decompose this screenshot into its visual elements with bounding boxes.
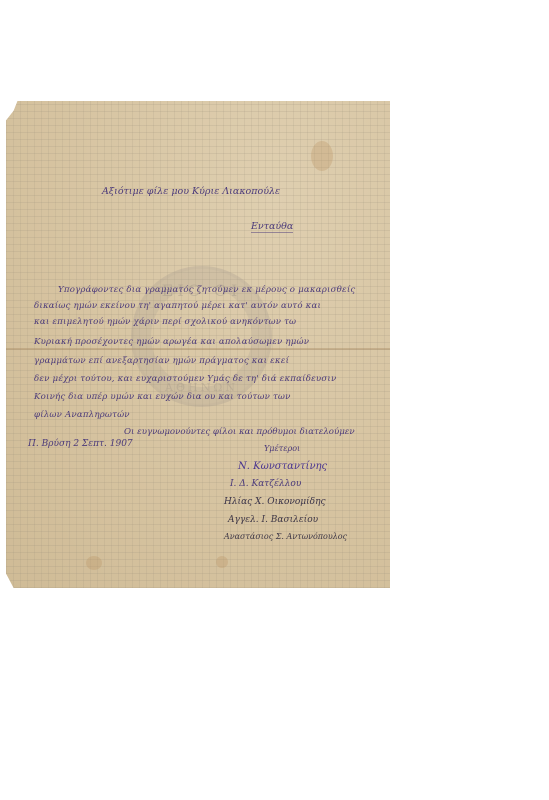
signature: Ν. Κωνσταντίνης [238,461,327,472]
signature: Αναστάσιος Σ. Αντωνόπουλος [224,532,347,541]
body-line: γραμμάτων επί ανεξαρτησίαν ημών πράγματο… [34,356,289,366]
stain [86,556,102,570]
body-line: Κυριακή προσέχοντες ημών αρωγέα και απολ… [34,337,309,347]
body-line: φίλων Αναπληρωτών [34,410,130,420]
body-line: Υπογράφοντες δια γραμματός ζητούμεν εκ μ… [58,285,355,295]
stain [311,141,333,171]
body-line: Κοινής δια υπέρ υμών και ευχών δια ου κα… [34,392,291,402]
date-line: Π. Βρύση 2 Σεπτ. 1907 [28,439,133,449]
letter-page: ΕΙΟ ΟΙ ΑΘΗΝΩΝ Αξιότιμε φίλε μου Κύριε Λι… [6,101,390,588]
signature: Ηλίας Χ. Οικονομίδης [224,497,326,507]
body-line: δικαίως ημών εκείνου τη' αγαπητού μέρει … [34,301,321,311]
body-line: και επιμελητού ημών χάριν περί σχολικού … [34,317,296,327]
closing-line: Οι ευγνωμονούντες φίλοι και πρόθυμοι δια… [124,427,355,437]
salutation: Αξιότιμε φίλε μου Κύριε Λιακοπούλε [102,186,280,197]
place-heading: Ενταύθα [251,221,293,233]
signature: Ι. Δ. Κατζέλλου [230,479,301,489]
signature-intro: Υμέτεροι [264,444,300,453]
body-line: δεν μέχρι τούτου, και ευχαριστούμεν Υμάς… [34,374,336,384]
stain [216,556,228,568]
signature: Αγγελ. Ι. Βασιλείου [228,515,318,525]
